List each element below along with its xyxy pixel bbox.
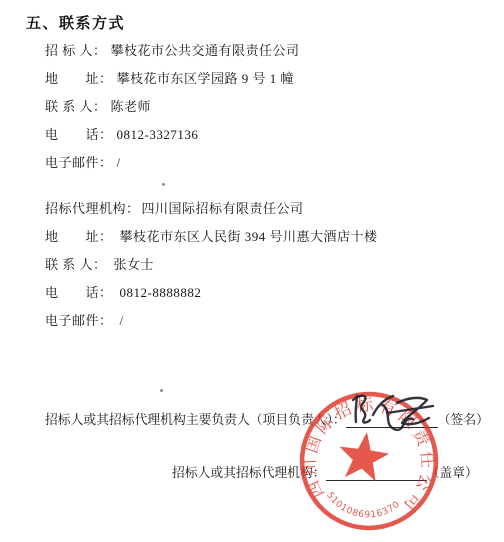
agency-name-row: 招标代理机构：四川国际招标有限责任公司	[45, 202, 378, 215]
agency-address-row: 地 址：攀枝花市东区人民街 394 号川惠大酒店十楼	[45, 230, 378, 243]
field-value: 张女士	[114, 257, 155, 272]
field-label: 联 系 人：	[45, 99, 107, 114]
agency-contact-person-row: 联 系 人：张女士	[45, 258, 378, 271]
field-label: 招标代理机构：	[45, 201, 140, 216]
field-value: 攀枝花市公共交通有限责任公司	[111, 43, 300, 58]
scanned-tender-document-page: 五、联系方式 招 标 人：攀枝花市公共交通有限责任公司 地 址：攀枝花市东区学园…	[0, 0, 504, 542]
field-value: 攀枝花市东区学园路 9 号 1 幢	[117, 71, 295, 86]
tenderer-name-row: 招 标 人：攀枝花市公共交通有限责任公司	[45, 44, 300, 57]
scan-speck	[160, 389, 163, 392]
field-label: 电子邮件：	[45, 313, 113, 328]
field-value: 四川国际招标有限责任公司	[142, 201, 304, 216]
section-title: 五、联系方式	[26, 12, 125, 33]
field-label: 招 标 人：	[45, 43, 107, 58]
field-label: 电 话：	[45, 285, 113, 300]
agency-phone-row: 电 话：0812-8888882	[45, 286, 378, 299]
field-value: /	[117, 155, 121, 170]
field-label: 联 系 人：	[45, 257, 107, 272]
field-label: 地 址：	[45, 71, 113, 86]
scan-speck	[162, 183, 165, 186]
field-value: 0812-3327136	[117, 127, 199, 142]
tenderer-email-row: 电子邮件：/	[45, 156, 300, 169]
field-value: /	[120, 313, 124, 328]
tenderer-phone-row: 电 话：0812-3327136	[45, 128, 300, 141]
field-value: 陈老师	[111, 99, 152, 114]
field-value: 0812-8888882	[120, 285, 202, 300]
agency-email-row: 电子邮件：/	[45, 314, 378, 327]
field-value: 攀枝花市东区人民街 394 号川惠大酒店十楼	[120, 229, 378, 244]
agency-contact-block: 招标代理机构：四川国际招标有限责任公司 地 址：攀枝花市东区人民街 394 号川…	[45, 202, 378, 342]
tenderer-address-row: 地 址：攀枝花市东区学园路 9 号 1 幢	[45, 72, 300, 85]
field-label: 地 址：	[45, 229, 113, 244]
tenderer-contact-person-row: 联 系 人：陈老师	[45, 100, 300, 113]
tenderer-contact-block: 招 标 人：攀枝花市公共交通有限责任公司 地 址：攀枝花市东区学园路 9 号 1…	[45, 44, 300, 184]
field-label: 电 话：	[45, 127, 113, 142]
handwritten-signature	[343, 385, 447, 439]
field-label: 电子邮件：	[45, 155, 113, 170]
